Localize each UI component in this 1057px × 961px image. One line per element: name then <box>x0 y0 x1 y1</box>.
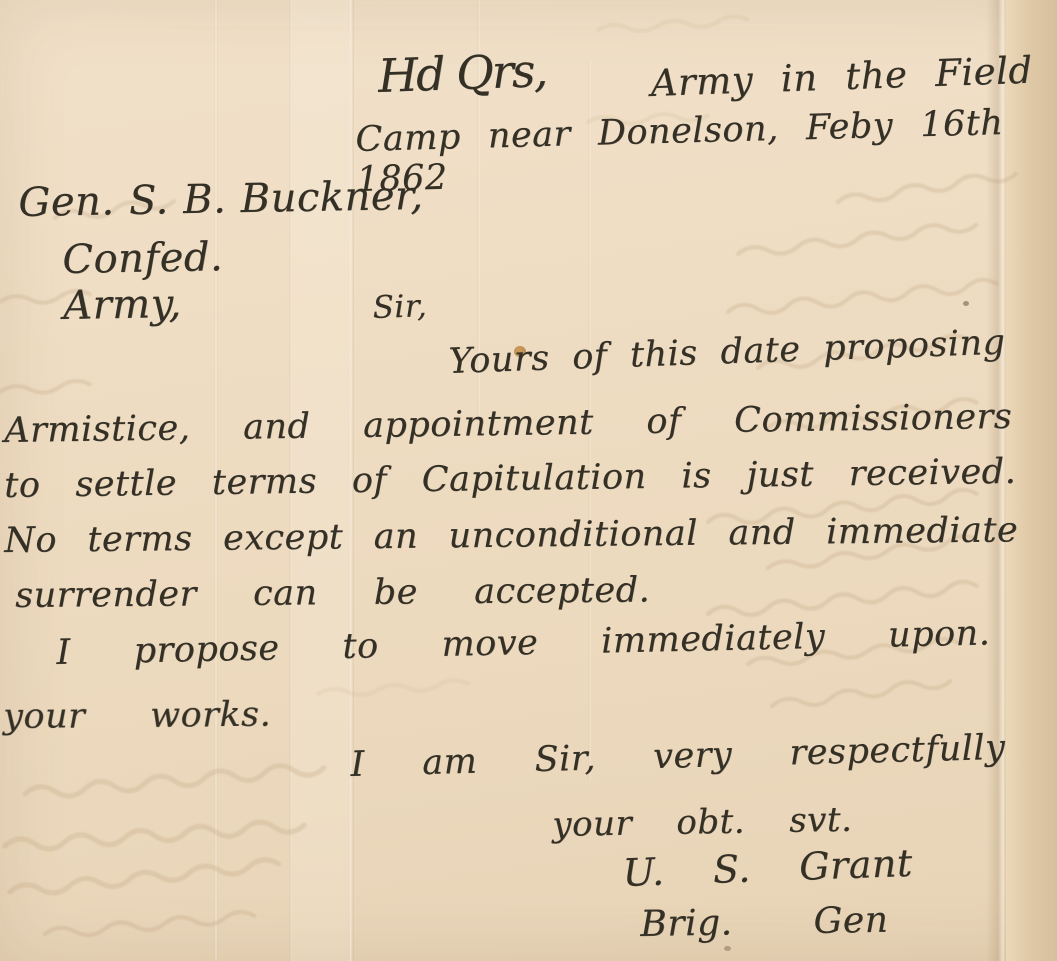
foxing-spot <box>963 301 969 306</box>
heading-camp-date: Camp near Donelson, Feby 16th 1862 <box>355 103 1005 200</box>
heading-hd-qrs: Hd Qrs, <box>377 44 547 103</box>
recipient-name: Gen. S. B. Buckner, <box>18 173 424 226</box>
body-line-4: No terms except an unconditional and imm… <box>4 510 1018 561</box>
body-line-6: I propose to move immediately upon. <box>56 613 991 673</box>
body-line-2: Armistice, and appointment of Commission… <box>4 397 1012 451</box>
signature-rank: Brig. Gen <box>640 900 889 946</box>
closing-line-1: I am Sir, very respectfully <box>350 728 1006 785</box>
scanned-letter-page: Hd Qrs, Army in the Field Camp near Done… <box>0 0 1057 961</box>
body-line-1: Yours of this date proposing <box>448 323 1006 383</box>
body-line-7: your works. <box>3 695 271 738</box>
heading-army-field: Army in the Field <box>650 50 1033 106</box>
body-line-5: surrender can be accepted. <box>15 570 650 616</box>
body-line-3: to settle terms of Capitulation is just … <box>4 452 1016 506</box>
salutation: Sir, <box>372 289 428 327</box>
foxing-spot <box>724 946 731 951</box>
signature-name: U. S. Grant <box>622 842 913 896</box>
recipient-army: Confed. Army, <box>62 232 356 329</box>
closing-line-2: your obt. svt. <box>552 801 853 845</box>
